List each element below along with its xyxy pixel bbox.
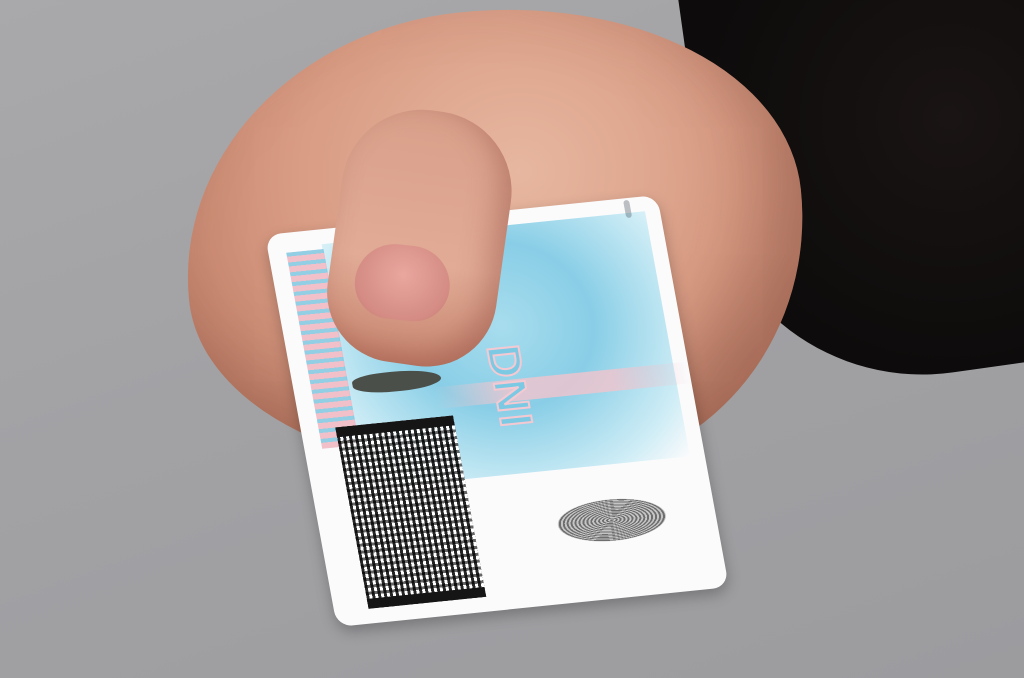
fingerprint-icon [554,494,669,546]
redacted-line [623,200,632,218]
